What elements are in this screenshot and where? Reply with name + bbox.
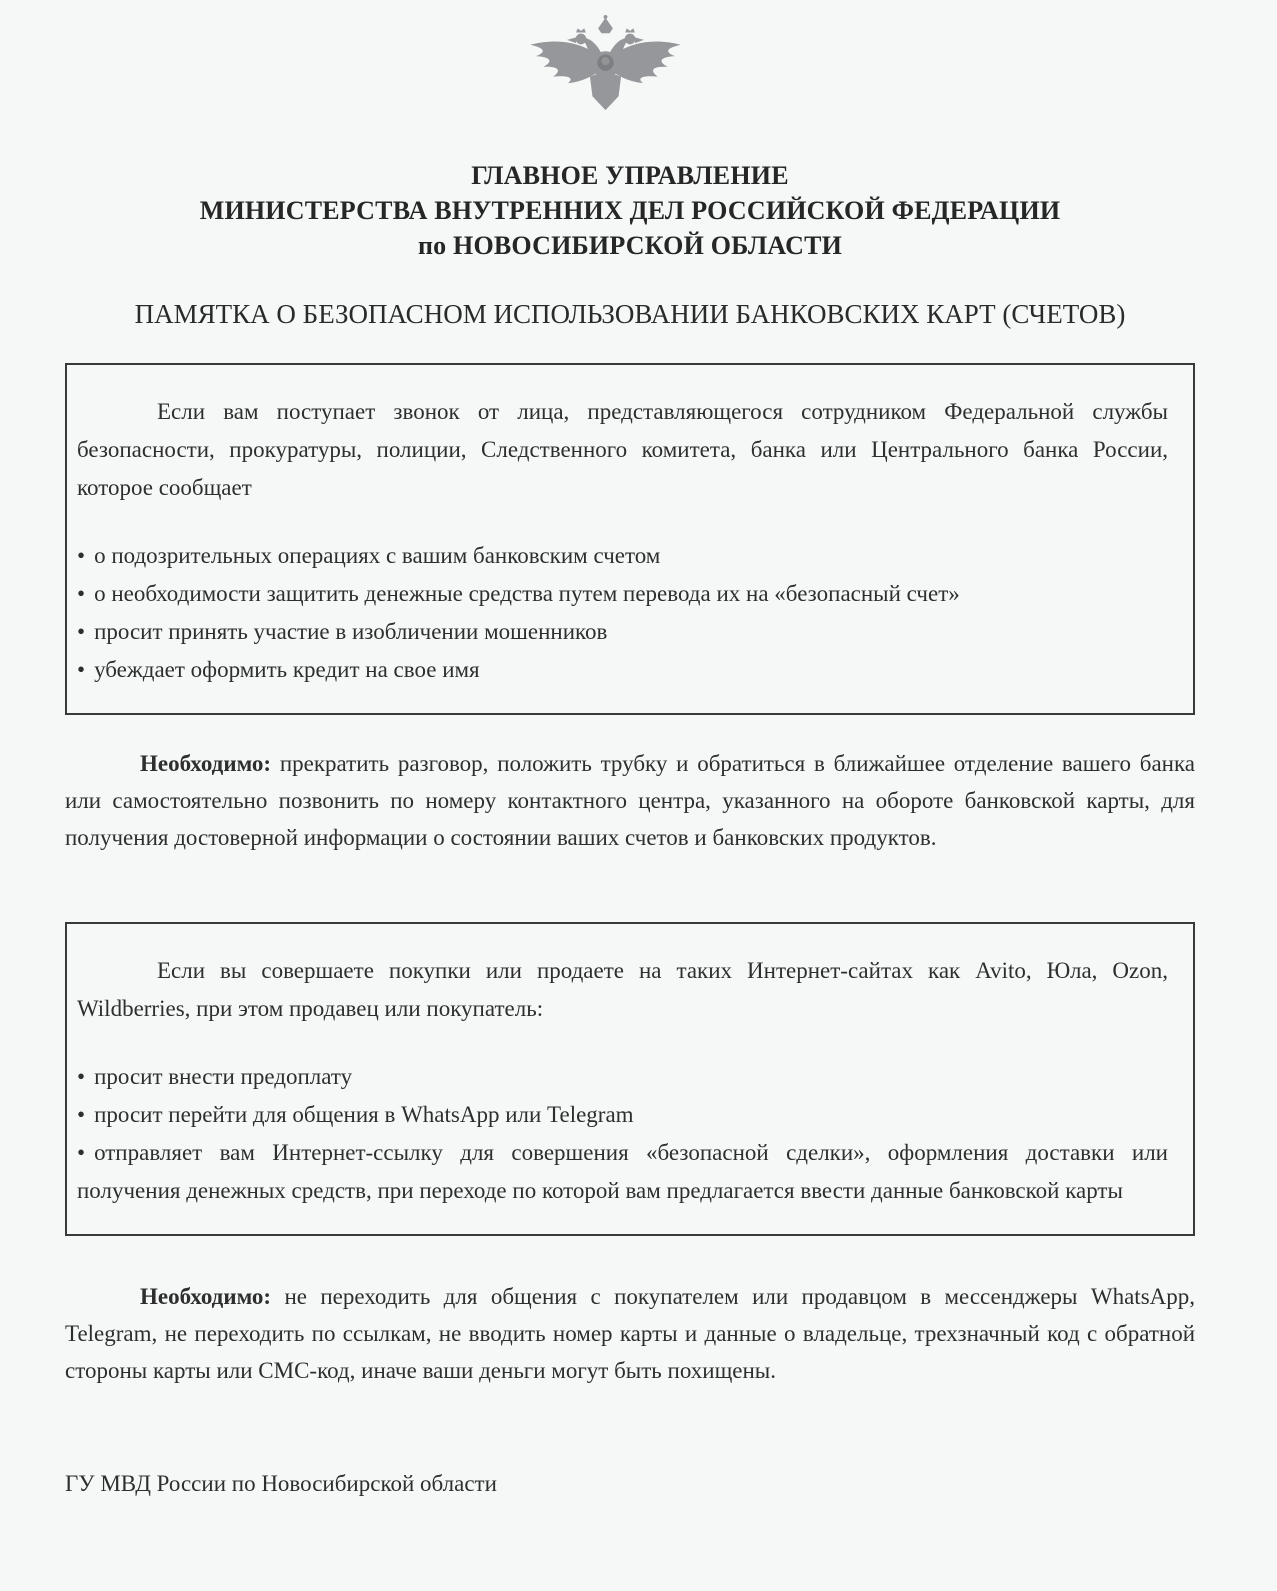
- bullet-item: •просит перейти для общения в WhatsApp и…: [77, 1096, 1168, 1134]
- bullet-marker: •: [77, 657, 85, 682]
- advice-paragraph-phone: Необходимо: прекратить разговор, положит…: [65, 745, 1195, 856]
- bullet-text: просит внести предоплату: [94, 1064, 352, 1089]
- org-header-line2: МИНИСТЕРСТВА ВНУТРЕННИХ ДЕЛ РОССИЙСКОЙ Ф…: [65, 193, 1195, 228]
- double-headed-eagle-icon: [523, 12, 688, 120]
- footer-signature: ГУ МВД России по Новосибирской области: [65, 1469, 1195, 1499]
- bullet-marker: •: [77, 1064, 85, 1089]
- document-page: ГЛАВНОЕ УПРАВЛЕНИЕ МИНИСТЕРСТВА ВНУТРЕНН…: [65, 0, 1195, 1499]
- bullet-item: •убеждает оформить кредит на свое имя: [77, 651, 1168, 689]
- bullet-marker: •: [77, 1140, 85, 1165]
- document-title: ПАМЯТКА О БЕЗОПАСНОМ ИСПОЛЬЗОВАНИИ БАНКО…: [65, 297, 1195, 331]
- bullet-item: •о подозрительных операциях с вашим банк…: [77, 537, 1168, 575]
- warning-box-marketplace-scam: Если вы совершаете покупки или продаете …: [65, 922, 1195, 1236]
- bullet-marker: •: [77, 1102, 85, 1127]
- advice-label: Необходимо:: [140, 1284, 271, 1309]
- emblem: [40, 12, 1170, 120]
- advice-paragraph-marketplace: Необходимо: не переходить для общения с …: [65, 1278, 1195, 1389]
- org-header-line3: по НОВОСИБИРСКОЙ ОБЛАСТИ: [65, 228, 1195, 263]
- org-header: ГЛАВНОЕ УПРАВЛЕНИЕ МИНИСТЕРСТВА ВНУТРЕНН…: [65, 158, 1195, 263]
- bullet-item: •о необходимости защитить денежные средс…: [77, 575, 1168, 613]
- bullet-text: просит перейти для общения в WhatsApp ил…: [94, 1102, 634, 1127]
- org-header-line1: ГЛАВНОЕ УПРАВЛЕНИЕ: [65, 158, 1195, 193]
- bullet-text: убеждает оформить кредит на свое имя: [94, 657, 480, 682]
- phone-scam-bullet-list: •о подозрительных операциях с вашим банк…: [77, 537, 1168, 689]
- bullet-marker: •: [77, 543, 85, 568]
- advice-label: Необходимо:: [140, 751, 271, 776]
- bullet-marker: •: [77, 581, 85, 606]
- bullet-text: просит принять участие в изобличении мош…: [94, 619, 607, 644]
- phone-scam-intro: Если вам поступает звонок от лица, предс…: [77, 393, 1168, 507]
- marketplace-scam-intro: Если вы совершаете покупки или продаете …: [77, 952, 1168, 1028]
- bullet-item: •просит принять участие в изобличении мо…: [77, 613, 1168, 651]
- bullet-text: о необходимости защитить денежные средст…: [94, 581, 960, 606]
- bullet-item: •просит внести предоплату: [77, 1058, 1168, 1096]
- bullet-marker: •: [77, 619, 85, 644]
- marketplace-scam-bullet-list: •просит внести предоплату •просит перейт…: [77, 1058, 1168, 1210]
- bullet-text: отправляет вам Интернет-ссылку для совер…: [77, 1140, 1168, 1203]
- bullet-text: о подозрительных операциях с вашим банко…: [94, 543, 660, 568]
- bullet-item: •отправляет вам Интернет-ссылку для сове…: [77, 1134, 1168, 1210]
- warning-box-phone-scam: Если вам поступает звонок от лица, предс…: [65, 363, 1195, 715]
